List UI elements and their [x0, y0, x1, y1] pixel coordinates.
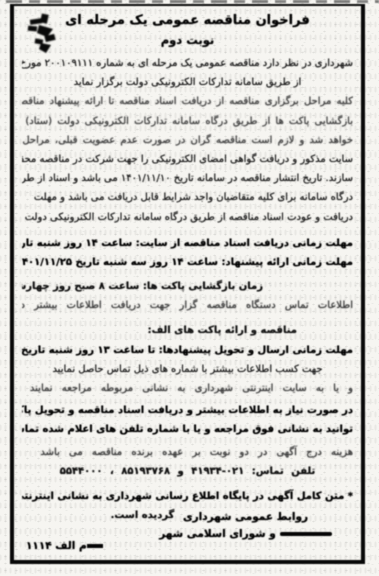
- scan-edge-artifact: [6, 0, 379, 3]
- notice-text-line: اطلاعات تماس دستگاه مناقصه گزار جهت دریا…: [22, 296, 353, 315]
- notice-text-line: توانید به نشانی فوق مراجعه و یا با شماره…: [22, 420, 353, 439]
- notice-text-line: سایت مذکور و دریافت گواهی امضای الکترونی…: [22, 150, 353, 169]
- notice-text-line: از طریق سامانه تدارکات الکترونیکی دولت ب…: [22, 73, 353, 92]
- organization-emblem-icon: [27, 13, 61, 55]
- notice-text-line: * متن کامل آگهی در پایگاه اطلاع رسانی شه…: [22, 487, 353, 506]
- notice-text-line: و یا به سایت اینترنتی شهرداری به نشانی م…: [22, 379, 353, 398]
- notice-text-line: دریافت و عودت اسناد مناقصه از طریق درگاه…: [22, 208, 353, 227]
- notice-text-line: زمان بازگشایی پاکت ها: ساعت ۸ صبح روز چه…: [22, 277, 353, 296]
- notice-subtitle: نوبت دوم: [22, 31, 353, 49]
- notice-text-line: تلفن تماس: ۰۲۱-۴۱۹۳۴ و ۸۵۱۹۳۷۶۸ ، ۵۵۴۴۰۰…: [22, 462, 353, 481]
- signature-line-2: و شورای اسلامی شهر: [148, 526, 343, 542]
- notice-text-line: هزینه درج آگهی در دو نوبت بر عهده برنده …: [22, 443, 353, 462]
- notice-text-line: در صورت نیاز به اطلاعات بیشتر و دریافت ا…: [22, 401, 353, 420]
- notice-text-line: سازند. تاریخ انتشار مناقصه در سامانه تار…: [22, 169, 353, 188]
- notice-title: فراخوان مناقصه عمومی یک مرحله ای: [22, 10, 353, 31]
- notice-text-line: مناقصه و ارائه پاکت های الف:: [22, 321, 353, 340]
- notice-text-line: مهلت زمانی ارائه پیشنهاد: ساعت ۱۴ روز سه…: [22, 253, 353, 272]
- signature-block: روابط عمومی شهرداری و شورای اسلامی شهر: [148, 509, 343, 542]
- notice-text-line: کلیه مراحل برگزاری مناقصه از دریافت اسنا…: [22, 92, 353, 111]
- signature-line-1: روابط عمومی شهرداری: [148, 509, 343, 526]
- permit-label: م الف ۱۱۱۴: [26, 540, 87, 552]
- notice-text-line: بازگشایی پاکت ها از طریق درگاه سامانه تد…: [22, 112, 353, 131]
- notice-text-line: مهلت زمانی دریافت اسناد مناقصه از سایت: …: [22, 234, 353, 253]
- signature-flourish-stroke: [280, 532, 332, 536]
- notice-text-line: خواهد شد و لازم است مناقصه گران در صورت …: [22, 131, 353, 150]
- signature-line-2-text: و شورای اسلامی شهر: [159, 528, 275, 540]
- notice-text-line: مهلت زمانی ارسال و تحویل پیشنهادها: تا س…: [22, 341, 353, 360]
- notice-text-line: جهت کسب اطلاعات بیشتر با شماره های ذیل ت…: [22, 360, 353, 379]
- scanned-document-page: فراخوان مناقصه عمومی یک مرحله ای نوبت دو…: [0, 0, 379, 576]
- publication-permit-number: م الف ۱۱۱۴: [26, 540, 109, 552]
- notice-text-line: درگاه سامانه برای کلیه متقاضیان واجد شرا…: [22, 188, 353, 207]
- notice-text-line: شهرداری در نظر دارد مناقصه عمومی یک مرحل…: [22, 54, 353, 73]
- notice-body: شهرداری در نظر دارد مناقصه عمومی یک مرحل…: [22, 54, 353, 525]
- notice-border-frame: فراخوان مناقصه عمومی یک مرحله ای نوبت دو…: [10, 4, 365, 564]
- permit-dash-mark: [87, 544, 103, 548]
